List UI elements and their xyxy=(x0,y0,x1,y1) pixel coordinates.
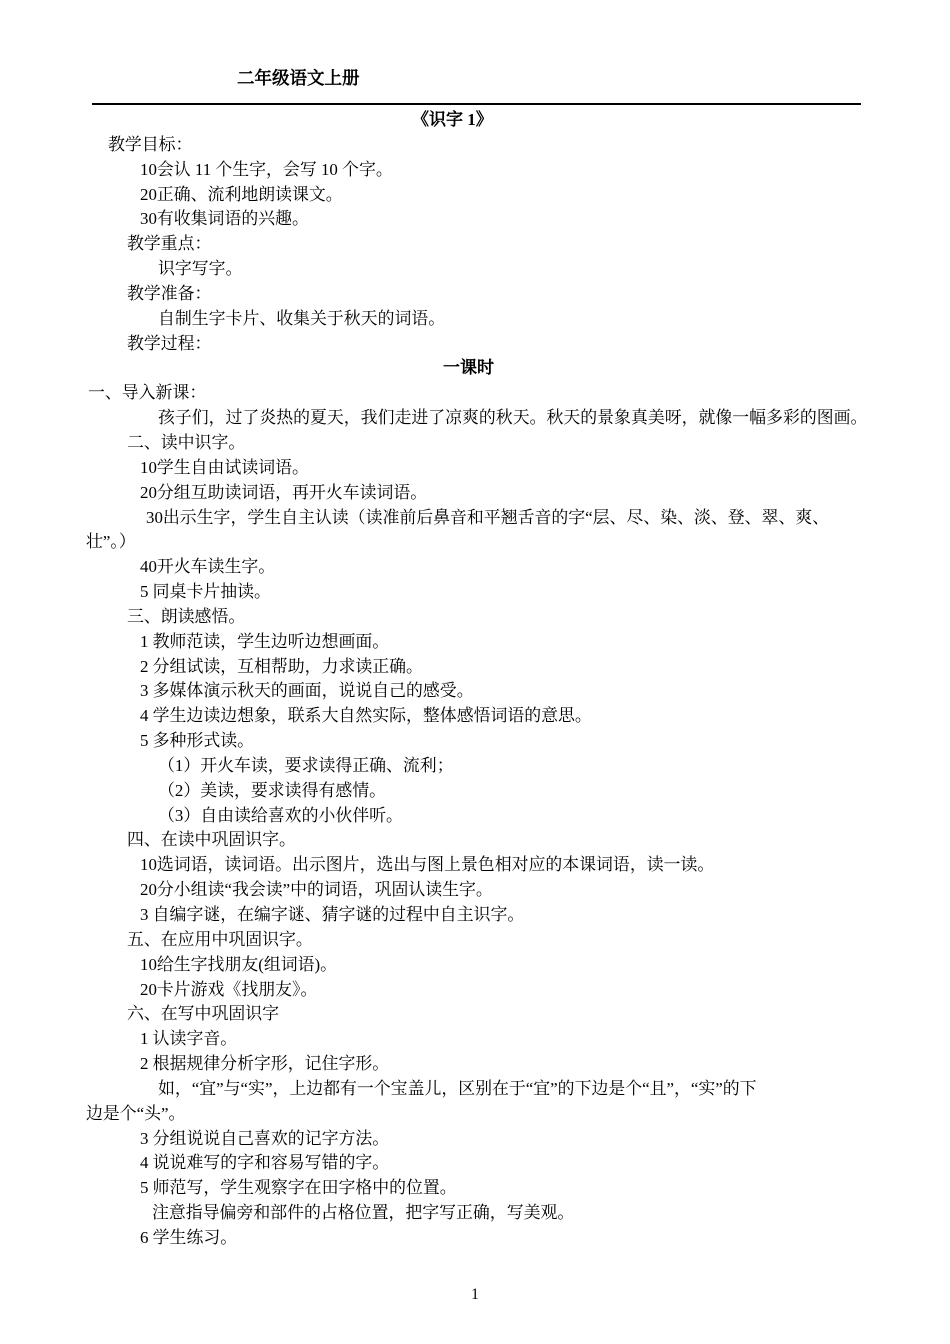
document-line: 一、导入新课： xyxy=(86,381,886,406)
document-line: 20卡片游戏《找朋友》。 xyxy=(86,978,886,1003)
document-line: 四、在读中巩固识字。 xyxy=(86,828,886,853)
document-line: 10给生字找朋友(组词语)。 xyxy=(86,953,886,978)
document-line: 10选词语，读词语。出示图片，选出与图上景色相对应的本课词语，读一读。 xyxy=(86,853,886,878)
document-line: 教学准备： xyxy=(86,282,886,307)
document-line: 三、朗读感悟。 xyxy=(86,605,886,630)
document-line: 1 认读字音。 xyxy=(86,1027,886,1052)
document-line: 3 自编字谜，在编字谜、猜字谜的过程中自主识字。 xyxy=(86,903,886,928)
document-line: （2）美读，要求读得有感情。 xyxy=(86,779,886,804)
header-divider xyxy=(92,103,861,105)
document-line: 自制生字卡片、收集关于秋天的词语。 xyxy=(86,307,886,332)
document-line: 10学生自由试读词语。 xyxy=(86,456,886,481)
document-line: 30有收集词语的兴趣。 xyxy=(86,207,886,232)
document-line: 30出示生字，学生自主认读（读准前后鼻音和平翘舌音的字“层、尽、染、淡、登、翠、… xyxy=(86,506,886,531)
document-header: 二年级语文上册 xyxy=(237,65,360,90)
document-line: 2 根据规律分析字形，记住字形。 xyxy=(86,1052,886,1077)
document-line: 20分小组读“我会读”中的词语，巩固认读生字。 xyxy=(86,878,886,903)
document-line: 3 分组说说自己喜欢的记字方法。 xyxy=(86,1127,886,1152)
document-line: 3 多媒体演示秋天的画面，说说自己的感受。 xyxy=(86,679,886,704)
document-line: 教学目标： xyxy=(86,133,886,158)
document-line: 壮”。） xyxy=(86,530,886,555)
document-line: 二、读中识字。 xyxy=(86,431,886,456)
section-heading-line: 一课时 xyxy=(86,356,886,381)
document-line: 5 多种形式读。 xyxy=(86,729,886,754)
document-line: 教学过程： xyxy=(86,332,886,357)
document-page: 二年级语文上册 《识字 1》 教学目标：10会认 11 个生字，会写 10 个字… xyxy=(0,0,950,1344)
document-line: 注意指导偏旁和部件的占格位置，把字写正确，写美观。 xyxy=(86,1201,886,1226)
document-line: 识字写字。 xyxy=(86,257,886,282)
document-line: 1 教师范读，学生边听边想画面。 xyxy=(86,630,886,655)
document-body: 《识字 1》 教学目标：10会认 11 个生字，会写 10 个字。20正确、流利… xyxy=(86,108,886,1251)
document-line: 五、在应用中巩固识字。 xyxy=(86,928,886,953)
document-line: 六、在写中巩固识字 xyxy=(86,1002,886,1027)
document-line: 4 学生边读边想象，联系大自然实际，整体感悟词语的意思。 xyxy=(86,704,886,729)
document-line: 孩子们，过了炎热的夏天，我们走进了凉爽的秋天。秋天的景象真美呀，就像一幅多彩的图… xyxy=(86,406,886,431)
document-line: 4 说说难写的字和容易写错的字。 xyxy=(86,1151,886,1176)
document-line: （1）开火车读，要求读得正确、流利； xyxy=(86,754,886,779)
document-title: 《识字 1》 xyxy=(86,108,886,133)
document-line: （3）自由读给喜欢的小伙伴听。 xyxy=(86,804,886,829)
document-line: 10会认 11 个生字，会写 10 个字。 xyxy=(86,158,886,183)
document-line: 6 学生练习。 xyxy=(86,1226,886,1251)
document-line: 5 师范写，学生观察字在田字格中的位置。 xyxy=(86,1176,886,1201)
document-line: 20正确、流利地朗读课文。 xyxy=(86,183,886,208)
document-line: 边是个“头”。 xyxy=(86,1102,886,1127)
page-number: 1 xyxy=(0,1283,950,1308)
document-line: 40开火车读生字。 xyxy=(86,555,886,580)
document-line: 教学重点： xyxy=(86,232,886,257)
document-line: 2 分组试读，互相帮助，力求读正确。 xyxy=(86,655,886,680)
document-lines: 教学目标：10会认 11 个生字，会写 10 个字。20正确、流利地朗读课文。3… xyxy=(86,133,886,1251)
document-line: 20分组互助读词语，再开火车读词语。 xyxy=(86,481,886,506)
document-line: 如，“宜”与“实”，上边都有一个宝盖儿，区别在于“宜”的下边是个“且”，“实”的… xyxy=(86,1077,886,1102)
document-line: 5 同桌卡片抽读。 xyxy=(86,580,886,605)
